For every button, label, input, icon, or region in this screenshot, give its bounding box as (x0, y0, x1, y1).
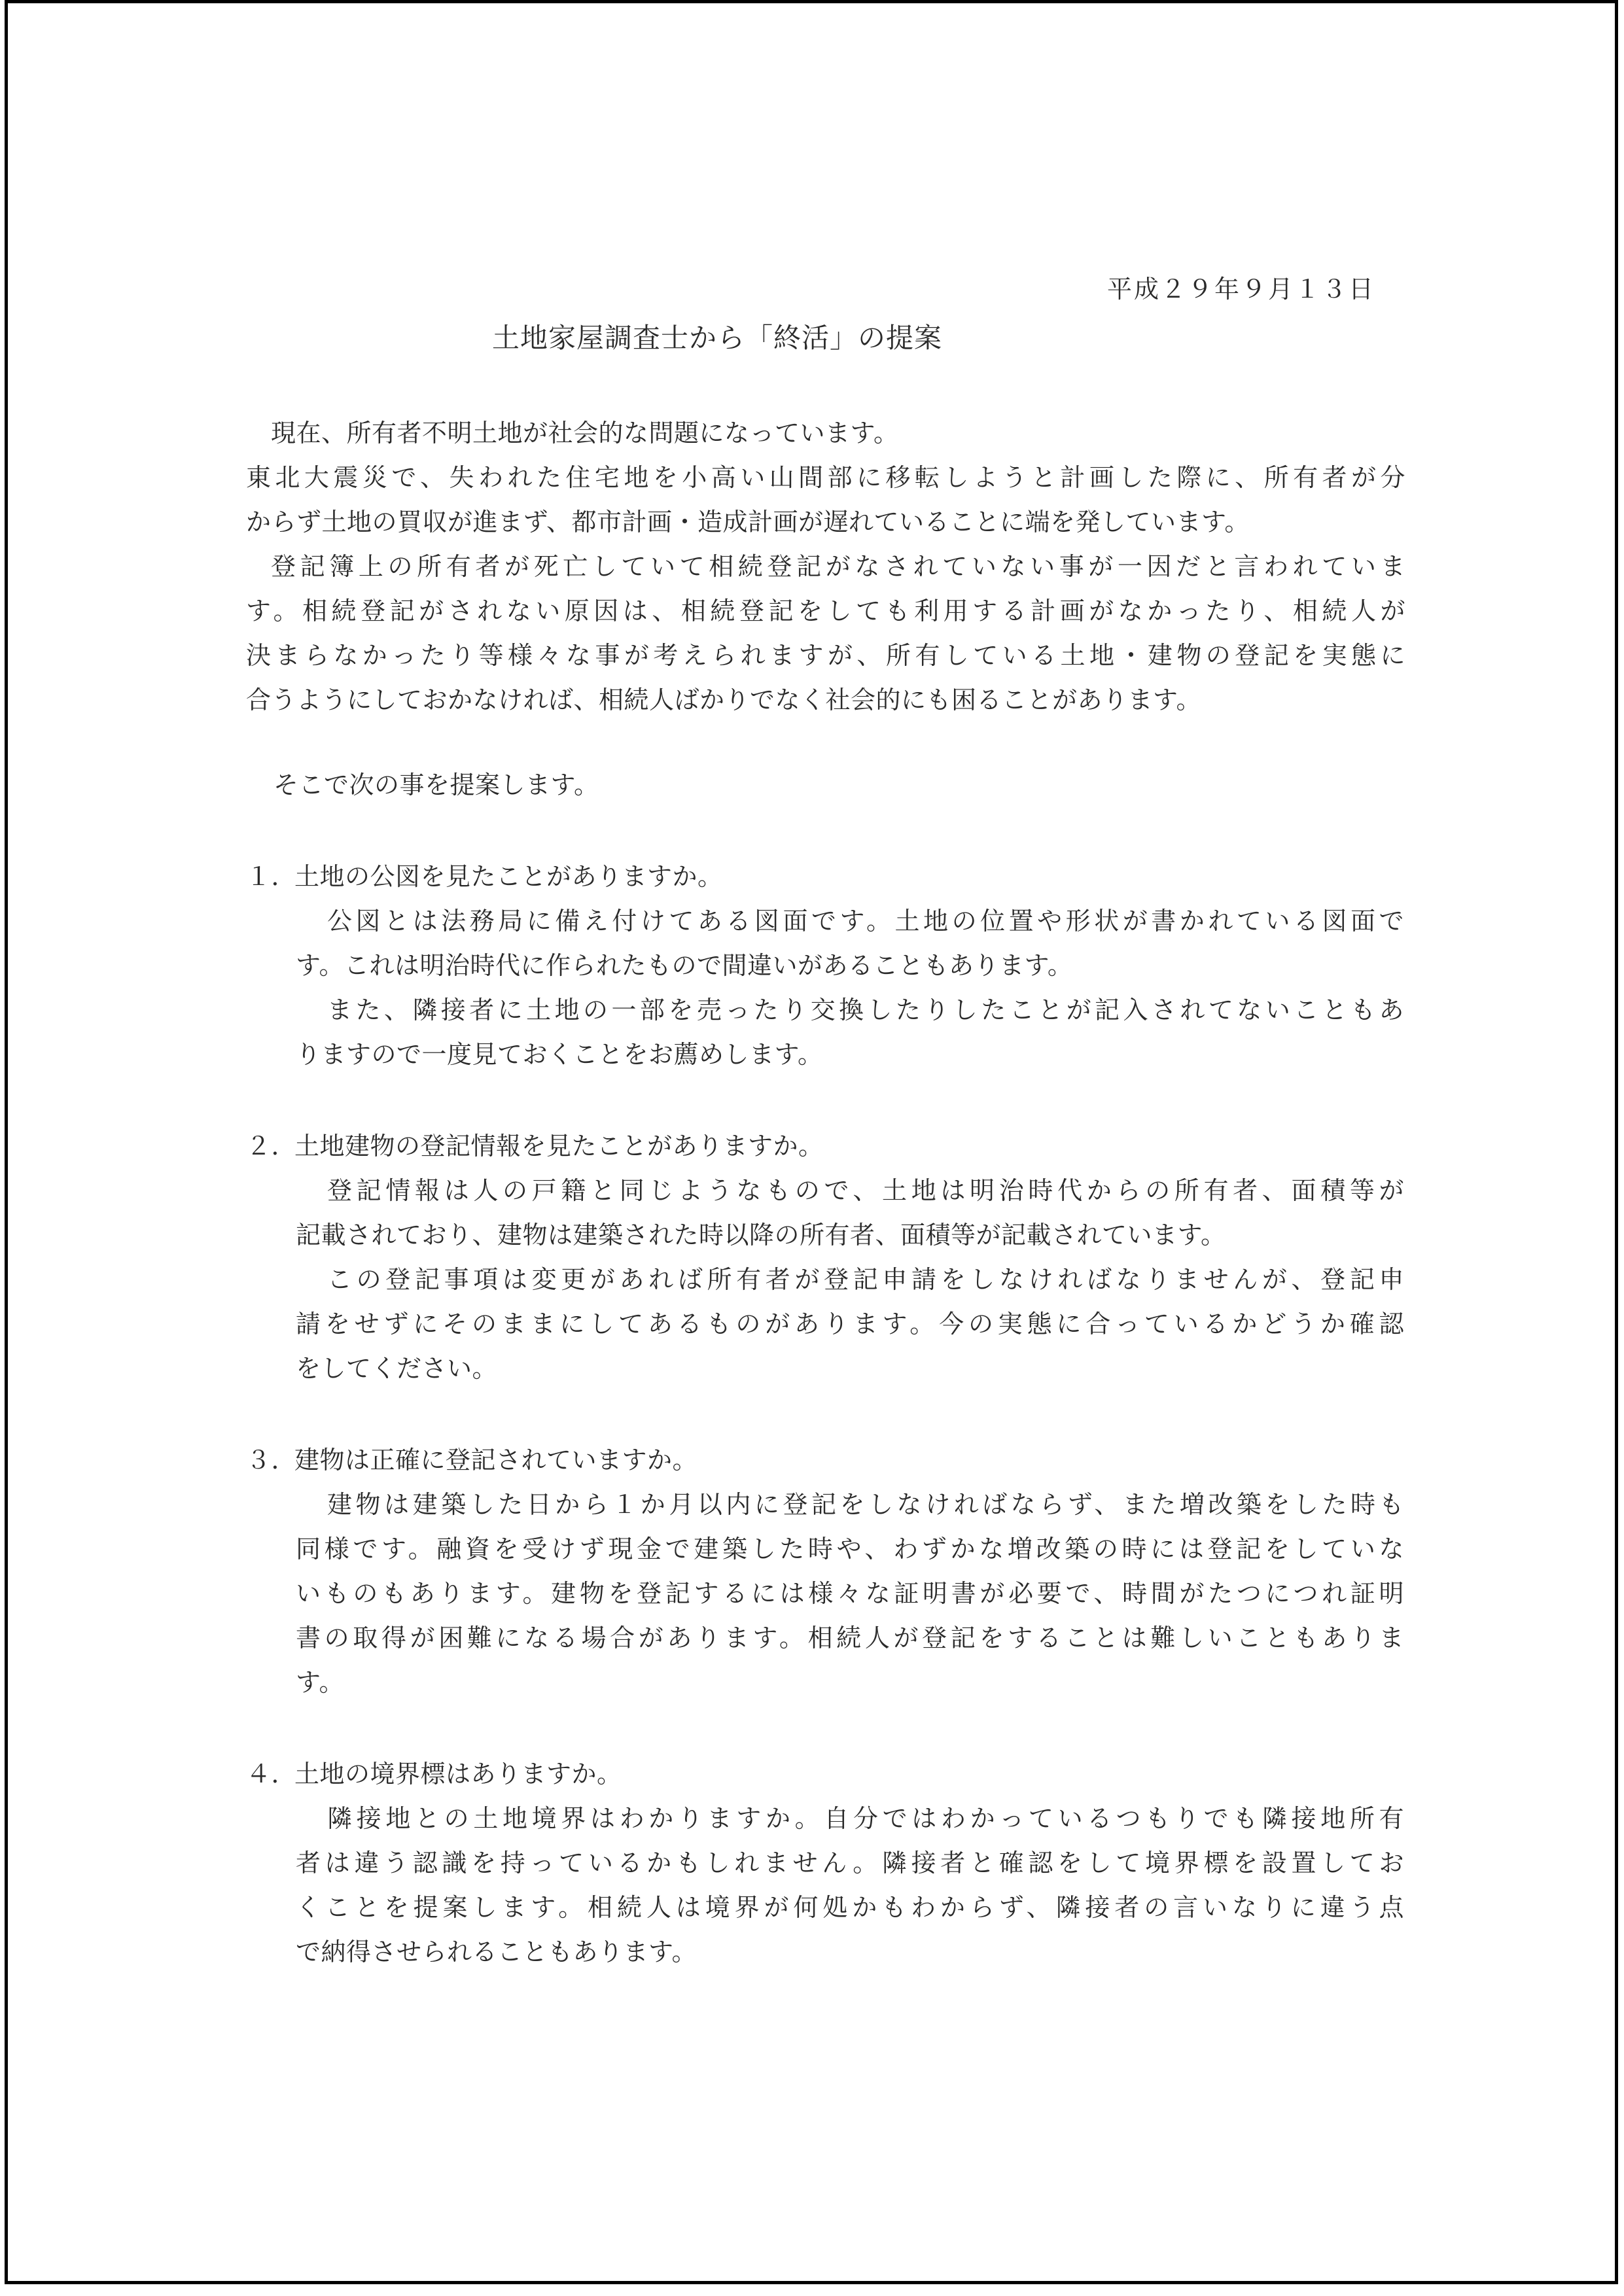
item-number: １． (246, 862, 294, 891)
item-3-heading: ３．建物は正確に登記されていますか。 (246, 1446, 697, 1474)
intro-paragraph-1-line: 現在、所有者不明土地が社会的な問題になっています。 (246, 419, 1405, 447)
item-2-body-line: をしてください。 (296, 1354, 1404, 1383)
document-date: 平成２９年９月１３日 (1107, 275, 1375, 304)
item-4-heading: ４．土地の境界標はありますか。 (246, 1760, 622, 1788)
intro-paragraph-3-line: 合うようにしておかなければ、相続人ばかりでなく社会的にも困ることがあります。 (246, 686, 1405, 714)
item-3-body-line: 同様です。融資を受けず現金で建築した時や、わずかな増改築の時には登記をしていな (296, 1535, 1404, 1563)
document-page: 平成２９年９月１３日 土地家屋調査士から「終活」の提案 現在、所有者不明土地が社… (0, 0, 1624, 2296)
item-2-body-line: 記載されており、建物は建築された時以降の所有者、面積等が記載されています。 (296, 1221, 1404, 1249)
item-4-body-line: 隣接地との土地境界はわかりますか。自分ではわかっているつもりでも隣接地所有 (296, 1804, 1404, 1833)
item-number: ２． (246, 1132, 294, 1160)
item-4-body-line: くことを提案します。相続人は境界が何処かもわからず、隣接者の言いなりに違う点 (296, 1893, 1404, 1922)
intro-paragraph-3-line: す。相続登記がされない原因は、相続登記をしても利用する計画がなかったり、相続人が (246, 597, 1405, 625)
item-2-body-line: この登記事項は変更があれば所有者が登記申請をしなければなりませんが、登記申 (296, 1265, 1404, 1294)
document-title: 土地家屋調査士から「終活」の提案 (492, 324, 942, 353)
item-1-heading: １．土地の公図を見たことがありますか。 (246, 862, 723, 891)
item-1-body-line: 公図とは法務局に備え付けてある図面です。土地の位置や形状が書かれている図面で (296, 907, 1404, 935)
item-2-body-line: 請をせずにそのままにしてあるものがあります。今の実態に合っているかどうか確認 (296, 1310, 1404, 1338)
intro-paragraph-3-line: 決まらなかったり等様々な事が考えられますが、所有している土地・建物の登記を実態に (246, 641, 1405, 670)
item-1-body-line: りますので一度見ておくことをお薦めします。 (296, 1040, 1404, 1069)
item-heading-text: 土地の境界標はありますか。 (294, 1760, 622, 1788)
item-3-body-line: 建物は建築した日から１か月以内に登記をしなければならず、また増改築をした時も (296, 1490, 1404, 1519)
item-1-body-line: す。これは明治時代に作られたもので間違いがあることもあります。 (296, 951, 1404, 980)
item-number: ４． (246, 1760, 294, 1788)
item-3-body-line: いものもあります。建物を登記するには様々な証明書が必要で、時間がたつにつれ証明 (296, 1579, 1404, 1608)
item-heading-text: 土地建物の登記情報を見たことがありますか。 (294, 1132, 824, 1160)
item-3-body-line: 書の取得が困難になる場合があります。相続人が登記をすることは難しいこともありま (296, 1624, 1404, 1652)
item-heading-text: 土地の公図を見たことがありますか。 (294, 862, 723, 891)
item-heading-text: 建物は正確に登記されていますか。 (294, 1446, 697, 1474)
item-1-body-line: また、隣接者に土地の一部を売ったり交換したりしたことが記入されてないこともあ (296, 996, 1404, 1024)
intro-paragraph-2-line: からず土地の買収が進まず、都市計画・造成計画が遅れていることに端を発しています。 (246, 508, 1405, 536)
item-2-body-line: 登記情報は人の戸籍と同じようなもので、土地は明治時代からの所有者、面積等が (296, 1176, 1404, 1205)
item-2-heading: ２．土地建物の登記情報を見たことがありますか。 (246, 1132, 824, 1160)
item-number: ３． (246, 1446, 294, 1474)
item-4-body-line: で納得させられることもあります。 (296, 1938, 1404, 1966)
intro-paragraph-3-line: 登記簿上の所有者が死亡していて相続登記がなされていない事が一因だと言われていま (246, 552, 1405, 581)
intro-paragraph-2-line: 東北大震災で、失われた住宅地を小高い山間部に移転しようと計画した際に、所有者が分 (246, 463, 1405, 492)
proposal-lead: そこで次の事を提案します。 (274, 771, 599, 799)
item-3-body-line: す。 (296, 1668, 1404, 1697)
item-4-body-line: 者は違う認識を持っているかもしれません。隣接者と確認をして境界標を設置してお (296, 1849, 1404, 1877)
